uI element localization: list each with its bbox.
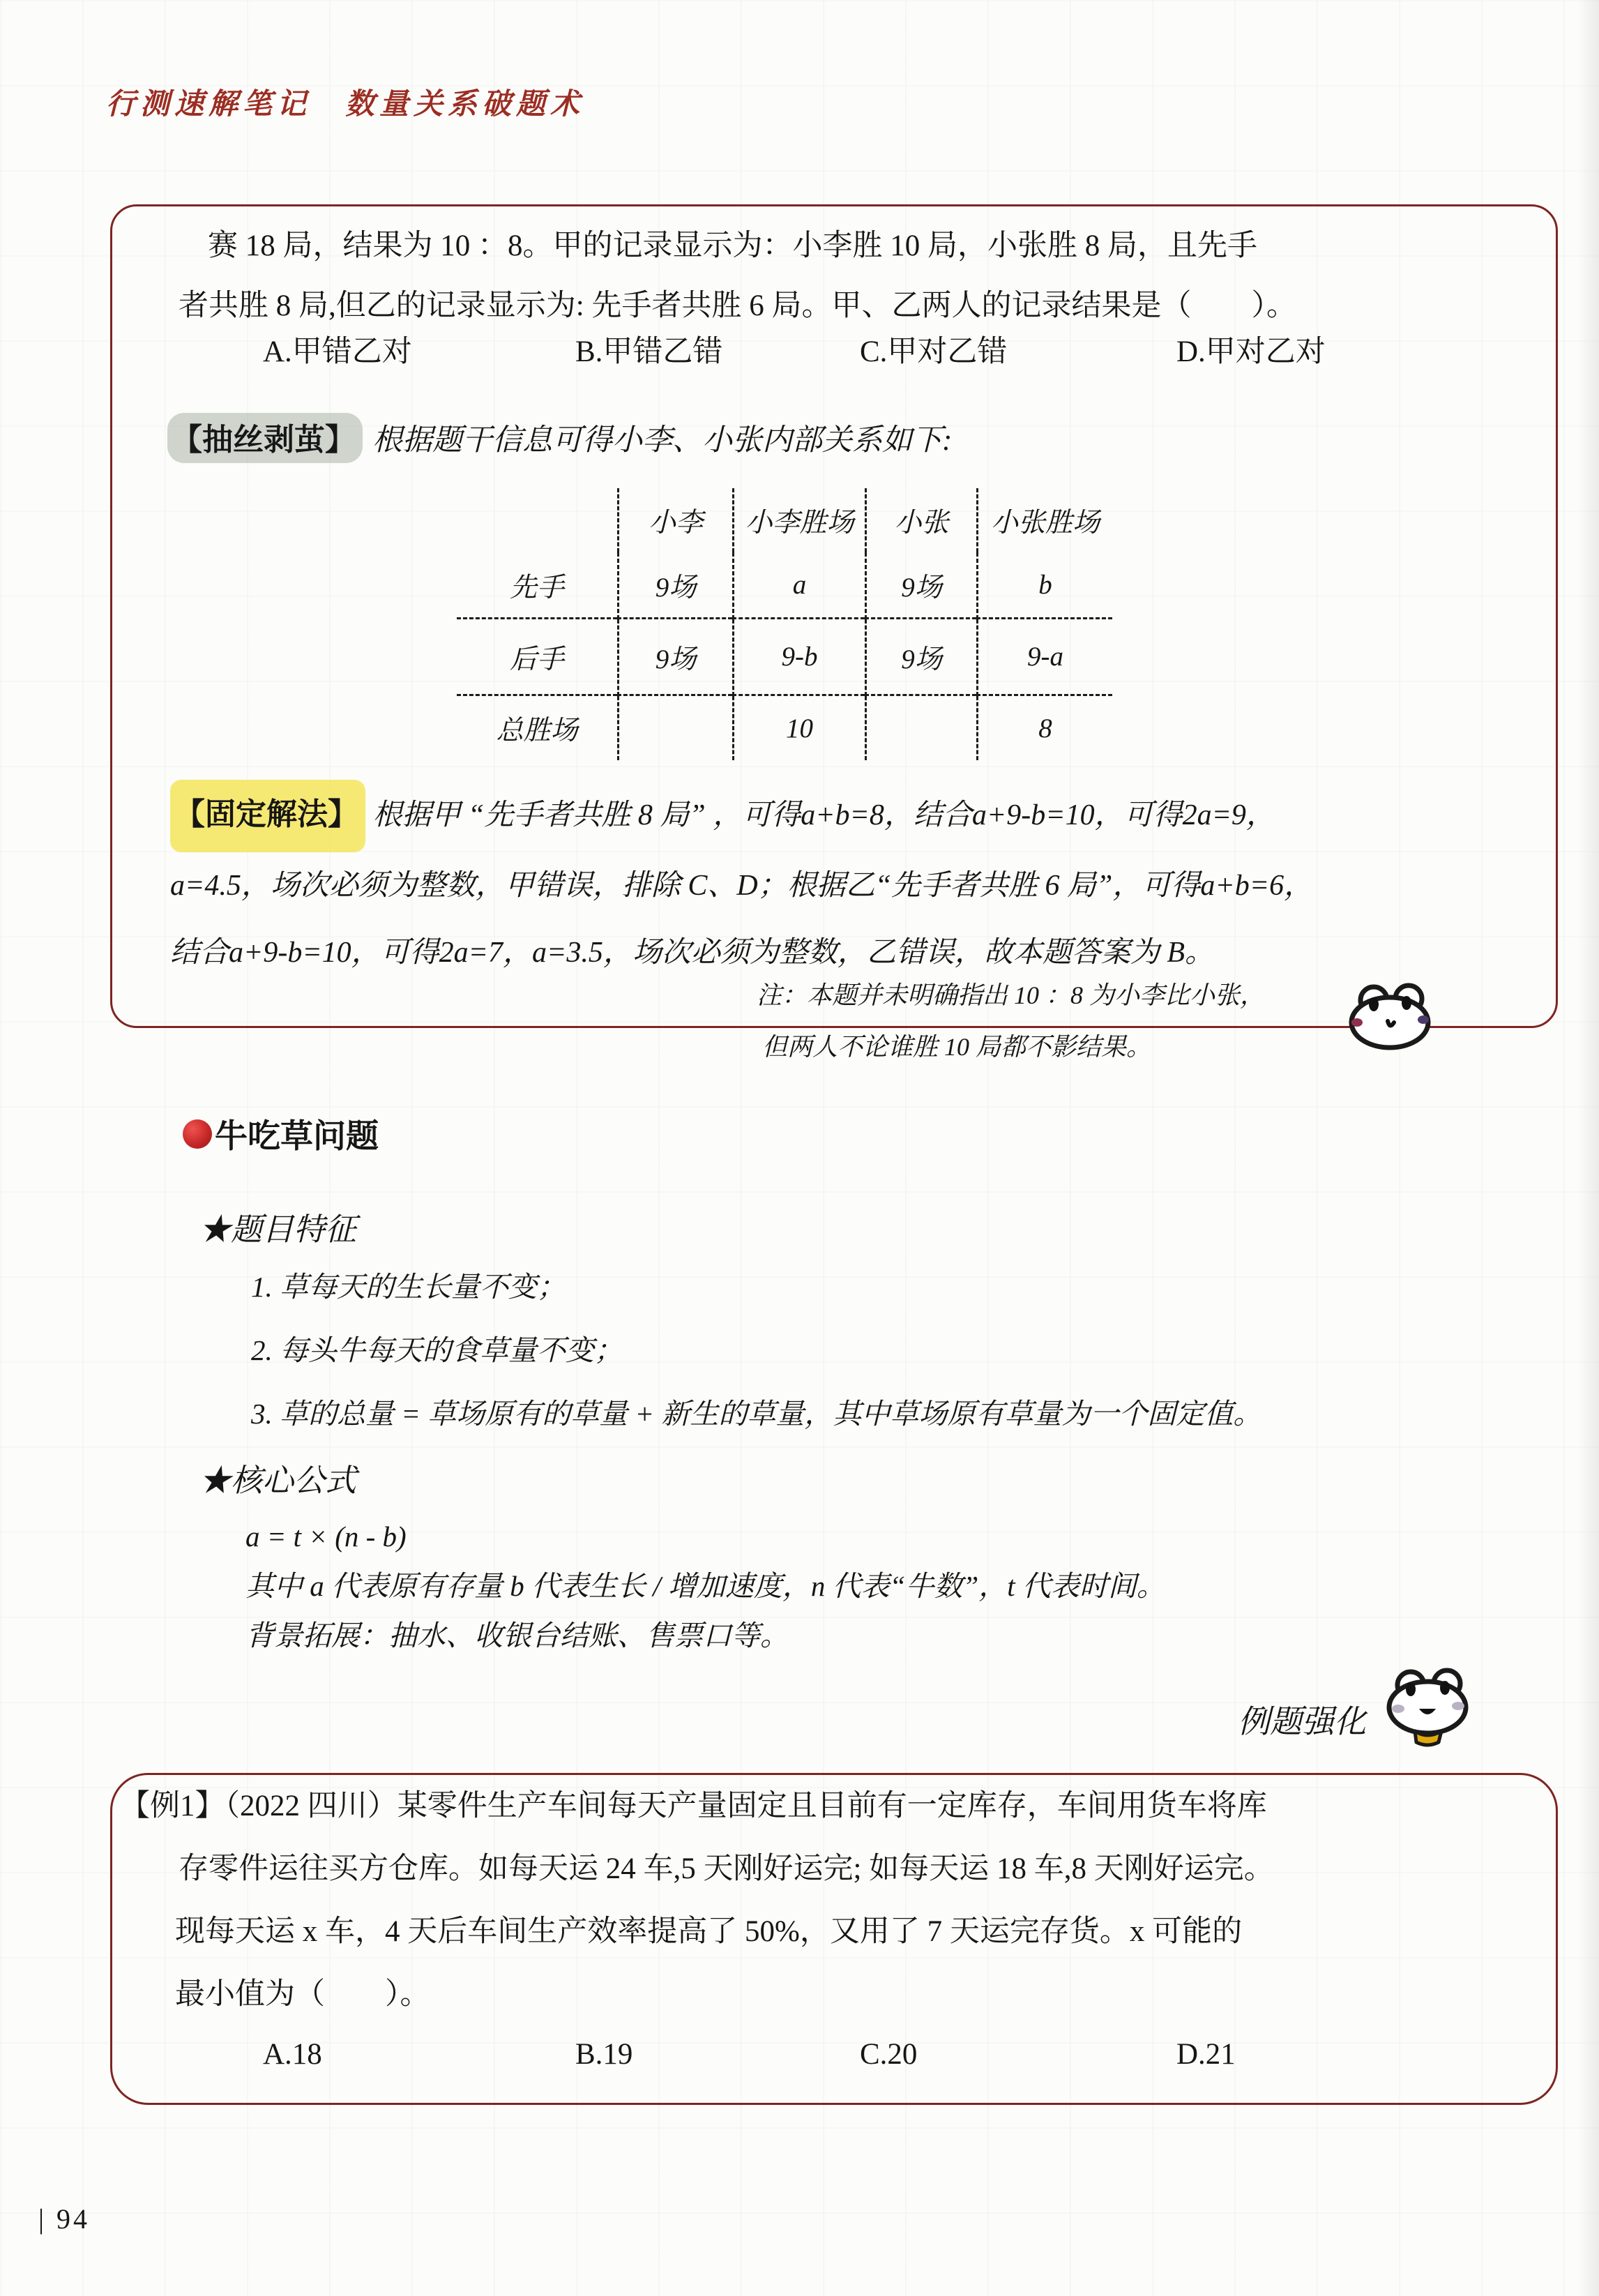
- table-cell: [865, 696, 976, 760]
- table-row-label: 总胜场: [457, 696, 617, 760]
- table-col-header: 小李: [617, 488, 732, 552]
- example-line4: 最小值为（ ）。: [175, 1974, 430, 2015]
- example-line2: 存零件运往买方仓库。如每天运 24 车,5 天刚好运完; 如每天运 18 车,8…: [179, 1849, 1274, 1889]
- formula-heading: ★核心公式: [199, 1455, 356, 1500]
- example-options-row: A.18 B.19 C.20 D.21: [112, 2034, 1556, 2079]
- example-line3: 现每天运 x 车，4 天后车间生产效率提高了 50%，又用了 7 天运完存货。x…: [175, 1912, 1242, 1952]
- feature-item: 2. 每头牛每天的食草量不变；: [251, 1319, 1261, 1382]
- problem-text-line2: 者共胜 8 局,但乙的记录显示为: 先手者共胜 6 局。甲、乙两人的记录结果是（…: [179, 286, 1296, 326]
- formula-note: 其中 a 代表原有存量 b 代表生长 / 增加速度，n 代表“牛数”，t 代表时…: [245, 1562, 1165, 1611]
- table-cell: 10: [732, 696, 865, 760]
- example-box: 【例1】（2022 四川）某零件生产车间每天产量固定且目前有一定库存，车间用货车…: [110, 1773, 1558, 2105]
- table-cell: 9场: [617, 619, 732, 696]
- problem-box: 赛 18 局，结果为 10 ：8。甲的记录显示为：小李胜 10 局，小张胜 8 …: [110, 204, 1558, 1028]
- analysis-line: 【抽丝剥茧】 根据题干信息可得小李、小张内部关系如下:: [167, 413, 952, 463]
- table-cell: a: [732, 552, 865, 619]
- red-bullet-icon: [183, 1119, 212, 1149]
- table-cell: 9场: [865, 619, 976, 696]
- option-a: A.18: [263, 2034, 322, 2075]
- table-cell: b: [976, 552, 1112, 619]
- feature-item: 3. 草的总量 = 草场原有的草量 + 新生的草量，其中草场原有草量为一个固定值…: [251, 1382, 1261, 1446]
- formula-block: a = t × (n - b) 其中 a 代表原有存量 b 代表生长 / 增加速…: [245, 1512, 1165, 1661]
- solution-paragraph: 【固定解法】 根据甲 “先手者共胜 8 局” ，可得a+b=8，结合a+9-b=…: [170, 780, 1313, 986]
- solution-line1-text: 根据甲 “先手者共胜 8 局” ，可得a+b=8，结合a+9-b=10，可得2a…: [373, 799, 1275, 831]
- margin-note-line2: 但两人不论谁胜 10 局都不影结果。: [762, 1021, 1265, 1073]
- analysis-tag: 【抽丝剥茧】: [167, 413, 363, 463]
- frog-face-icon: [1344, 982, 1434, 1055]
- frog-scarf-icon: [1383, 1667, 1473, 1751]
- analysis-table: 小李 小李胜场 小张 小张胜场 先手 9场 a 9场 b 后手 9场 9-b 9…: [457, 488, 1112, 760]
- table-cell: [457, 488, 617, 552]
- page-number: | 94: [38, 2203, 90, 2235]
- table-col-header: 小张: [865, 488, 976, 552]
- margin-note: 注：本题并未明确指出 10 ：8 为小李比小张， 但两人不论谁胜 10 局都不影…: [757, 969, 1265, 1073]
- option-b: B.19: [575, 2034, 632, 2075]
- option-d: D.甲对乙对: [1176, 332, 1326, 372]
- margin-note-line1: 注：本题并未明确指出 10 ：8 为小李比小张，: [757, 969, 1265, 1021]
- example-strengthen-label: 例题强化: [1238, 1696, 1366, 1742]
- feature-item: 1. 草每天的生长量不变；: [251, 1255, 1261, 1319]
- table-cell: 9-a: [976, 619, 1112, 696]
- table-col-header: 小张胜场: [976, 488, 1112, 552]
- example-line1: 【例1】（2022 四川）某零件生产车间每天产量固定且目前有一定库存，车间用货车…: [120, 1786, 1267, 1827]
- option-c: C.20: [860, 2034, 917, 2075]
- section-heading: 牛吃草问题: [183, 1110, 379, 1157]
- table-cell: [617, 696, 732, 760]
- table-cell: 9场: [865, 552, 976, 619]
- section-title: 牛吃草问题: [215, 1110, 379, 1157]
- features-list: 1. 草每天的生长量不变； 2. 每头牛每天的食草量不变； 3. 草的总量 = …: [251, 1255, 1261, 1446]
- solution-line1: 【固定解法】 根据甲 “先手者共胜 8 局” ，可得a+b=8，结合a+9-b=…: [170, 780, 1313, 852]
- formula-extension: 背景拓展：抽水、收银台结账、售票口等。: [245, 1611, 1165, 1661]
- table-row-label: 后手: [457, 619, 617, 696]
- book-page: 行测速解笔记 数量关系破题术 赛 18 局，结果为 10 ：8。甲的记录显示为：…: [0, 0, 1599, 2296]
- core-formula: a = t × (n - b): [245, 1512, 1165, 1562]
- features-heading: ★题目特征: [199, 1204, 356, 1249]
- option-c: C.甲对乙错: [860, 332, 1007, 372]
- problem-text-line1: 赛 18 局，结果为 10 ：8。甲的记录显示为：小李胜 10 局，小张胜 8 …: [208, 226, 1257, 266]
- problem-options-row: A.甲错乙对 B.甲错乙错 C.甲对乙错 D.甲对乙对: [112, 332, 1556, 377]
- table-col-header: 小李胜场: [732, 488, 865, 552]
- solution-tag: 【固定解法】: [170, 780, 365, 852]
- option-b: B.甲错乙错: [575, 332, 722, 372]
- table-cell: 9-b: [732, 619, 865, 696]
- table-cell: 8: [976, 696, 1112, 760]
- table-cell: 9场: [617, 552, 732, 619]
- page-header: 行测速解笔记 数量关系破题术: [106, 81, 584, 123]
- solution-line2: a=4.5，场次必须为整数，甲错误，排除 C、D；根据乙“先手者共胜 6 局”，…: [170, 852, 1313, 919]
- analysis-intro: 根据题干信息可得小李、小张内部关系如下:: [372, 424, 952, 457]
- option-a: A.甲错乙对: [263, 332, 412, 372]
- table-row-label: 先手: [457, 552, 617, 619]
- option-d: D.21: [1176, 2034, 1236, 2075]
